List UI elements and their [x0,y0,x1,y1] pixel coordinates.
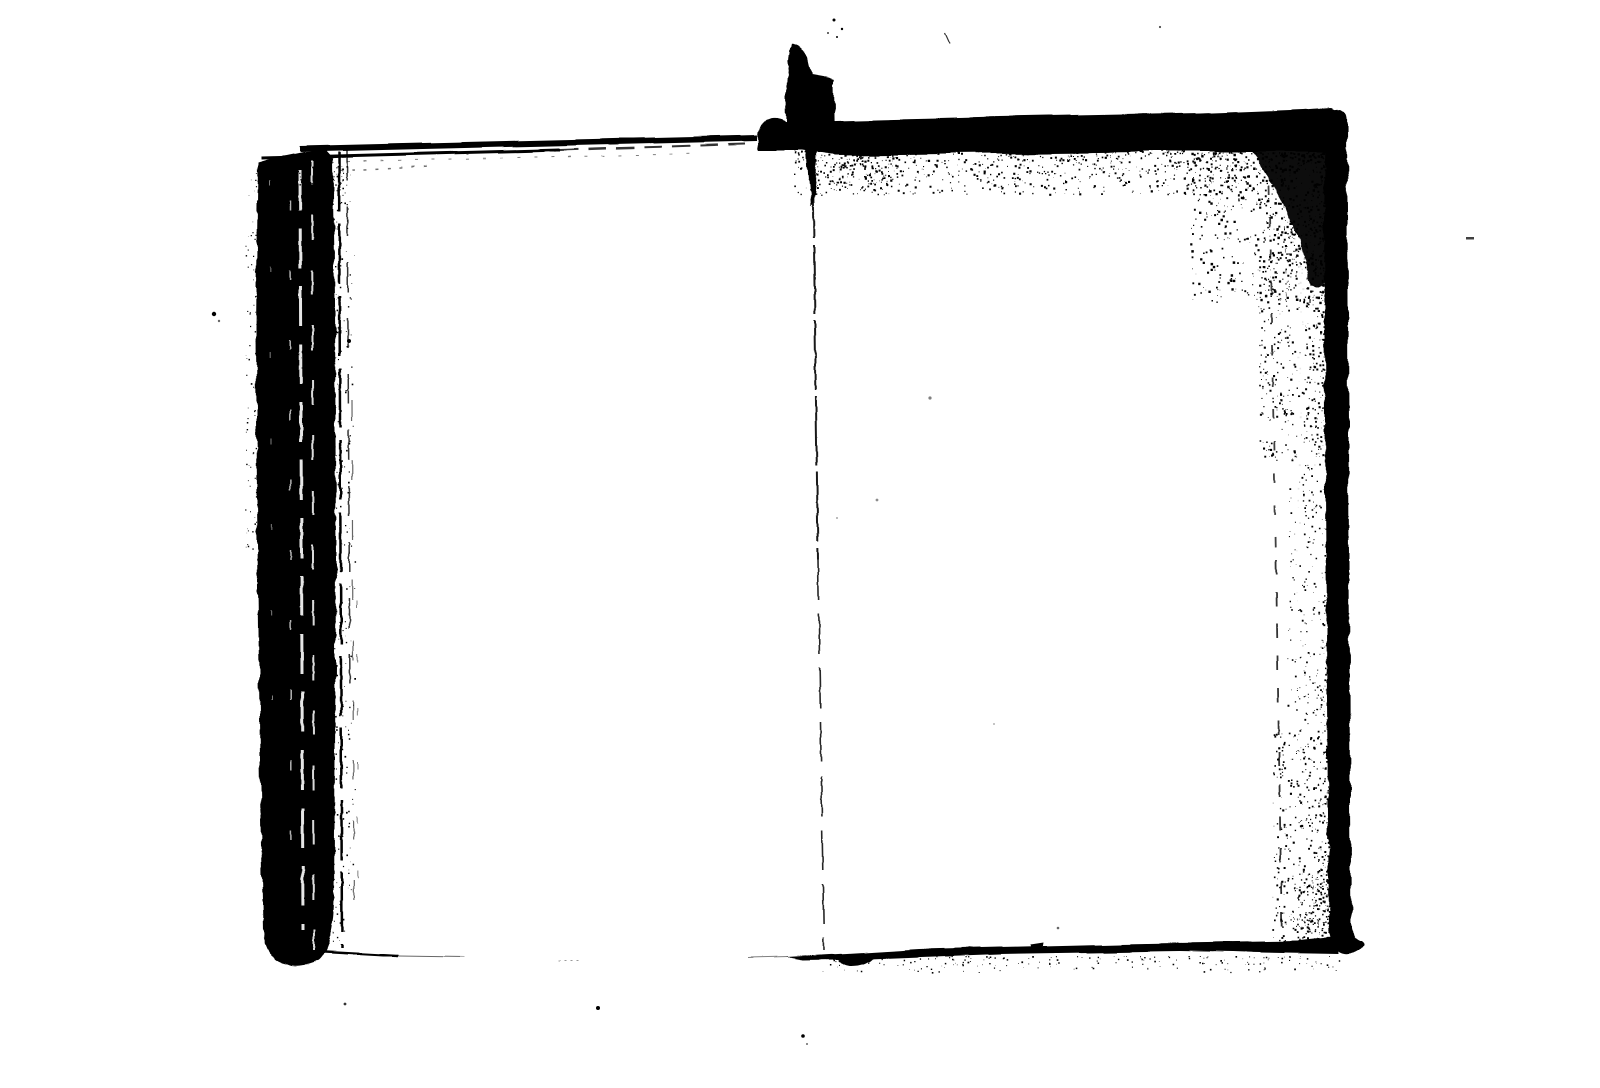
speck-right-page-bottom [1057,927,1060,930]
bookmark-left-lobe [758,117,789,150]
speck-left-page [347,339,351,343]
speck-below-spine-2 [806,1043,808,1045]
center-spine-line-upper [813,168,818,560]
right-margin-white-streak [1297,265,1302,655]
tiny-diagonal-tick-top [945,33,950,44]
right-bar-inner-mid [1287,464,1331,730]
bottom-bar-left-faint-tail [748,956,788,957]
speck-below-spine-1 [801,1034,805,1038]
speck-right-page-3 [836,517,838,519]
speck-right-page-2 [876,499,879,502]
open-book-scan [0,0,1600,1088]
speck-right-page-4 [993,723,995,725]
bottom-bar-lower-bump [836,956,874,966]
right-page-inner-broken-line-lower [1276,560,1282,945]
speck-below-left-page [596,1006,600,1010]
page-edge-streak-2 [347,150,350,700]
page-edge-streak-4 [357,600,358,920]
speck-above-bookmark-4 [827,32,829,34]
scanned-book-page [0,0,1600,1088]
top-right-corner-ink-mass [1225,114,1334,288]
speck-above-bookmark-3 [836,36,838,38]
bottom-bar-upper-tick [1030,942,1043,949]
speck-right-page-1 [928,396,931,399]
speck-top-middle [1159,26,1161,28]
speck-left-margin [212,312,216,316]
speck-below-band [344,1003,347,1006]
speck-above-bookmark-1 [833,19,836,22]
left-page-edge-band [256,149,336,965]
center-spine-line-lower [818,560,824,950]
top-band-fade [838,148,1237,196]
page-edge-streak-3 [352,400,354,930]
speck-left-margin-2 [218,320,220,322]
speckle-texture-layer [245,148,1340,974]
speck-above-bookmark-2 [841,28,843,30]
ink-shape-layer [256,45,1364,966]
white-streak-overlay-layer [1297,265,1302,655]
left-page-top-rule-main [300,138,757,149]
right-bar-inner-upper [1258,220,1332,461]
bottom-bar-rough [818,956,1340,974]
left-page-bottom-line-faint [398,956,465,957]
